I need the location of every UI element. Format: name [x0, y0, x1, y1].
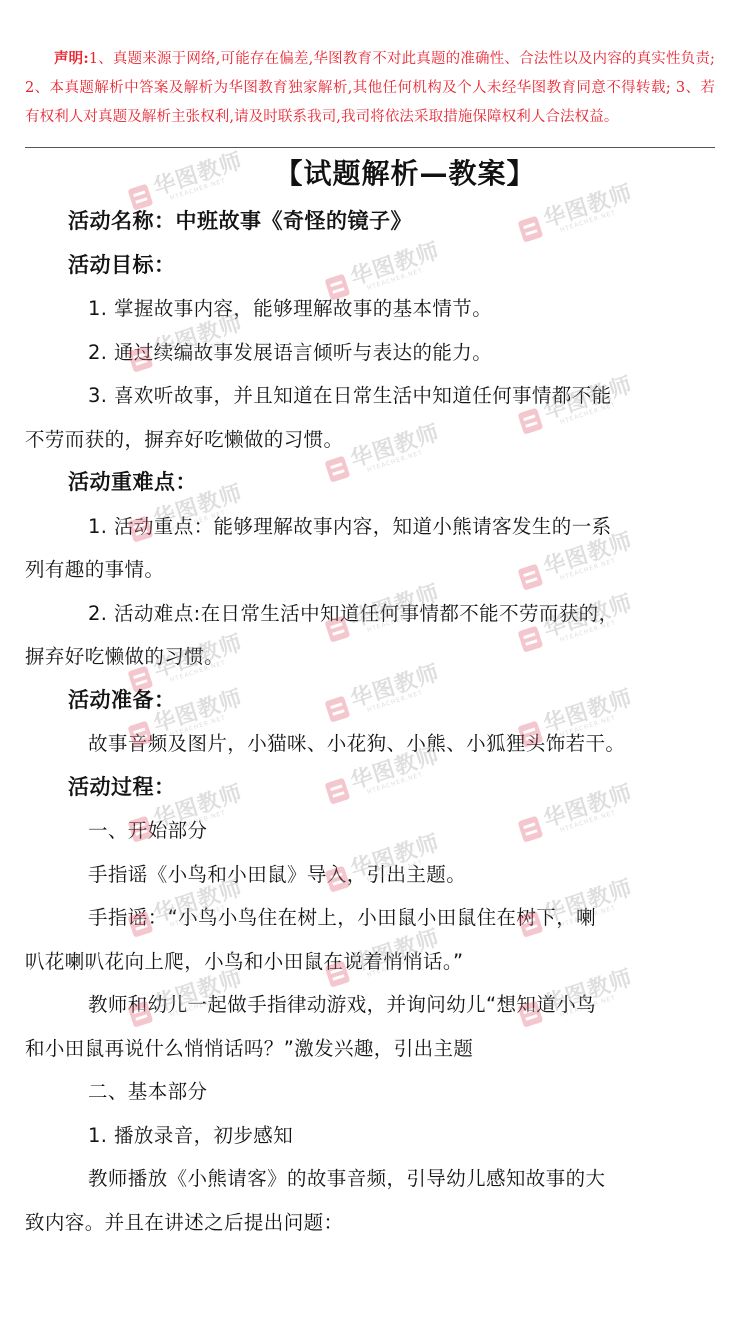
process-paragraph-cont: 和小田鼠再说什么悄悄话吗？”激发兴趣，引出主题 — [25, 1027, 715, 1071]
key-point-item-cont: 列有趣的事情。 — [25, 548, 715, 592]
disclaimer-notice: 声明:1、真题来源于网络,可能存在偏差,华图教育不对此真题的准确性、合法性以及内… — [25, 44, 715, 132]
process-paragraph-cont: 叭花喇叭花向上爬，小鸟和小田鼠在说着悄悄话。” — [25, 940, 715, 984]
subsection-heading: 1. 播放录音，初步感知 — [25, 1114, 715, 1158]
section-start-heading: 一、开始部分 — [25, 809, 715, 853]
key-points-heading: 活动重难点： — [25, 461, 715, 505]
goal-item-3-cont: 不劳而获的，摒弃好吃懒做的习惯。 — [25, 418, 715, 462]
goal-item-1: 1. 掌握故事内容，能够理解故事的基本情节。 — [25, 287, 715, 331]
difficulty-item-cont: 摒弃好吃懒做的习惯。 — [25, 635, 715, 679]
disclaimer-text: 1、真题来源于网络,可能存在偏差,华图教育不对此真题的准确性、合法性以及内容的真… — [25, 51, 715, 125]
difficulty-item: 2. 活动难点:在日常生活中知道任何事情都不能不劳而获的， — [25, 592, 715, 636]
activity-goals-heading: 活动目标： — [25, 244, 715, 288]
process-paragraph: 教师播放《小熊请客》的故事音频，引导幼儿感知故事的大 — [25, 1157, 715, 1201]
goal-item-2: 2. 通过续编故事发展语言倾听与表达的能力。 — [25, 331, 715, 375]
goal-item-3: 3. 喜欢听故事，并且知道在日常生活中知道任何事情都不能 — [25, 374, 715, 418]
disclaimer-lead: 声明: — [54, 50, 89, 67]
header-divider — [25, 147, 715, 148]
activity-name-heading: 活动名称：中班故事《奇怪的镜子》 — [25, 200, 715, 244]
process-paragraph-cont: 致内容。并且在讲述之后提出问题： — [25, 1201, 715, 1245]
process-paragraph: 教师和幼儿一起做手指律动游戏，并询问幼儿“想知道小鸟 — [25, 983, 715, 1027]
lesson-plan-body: 活动名称：中班故事《奇怪的镜子》 活动目标： 1. 掌握故事内容，能够理解故事的… — [25, 200, 715, 1244]
preparation-text: 故事音频及图片，小猫咪、小花狗、小熊、小狐狸头饰若干。 — [25, 722, 715, 766]
section-basic-heading: 二、基本部分 — [25, 1070, 715, 1114]
process-paragraph: 手指谣《小鸟和小田鼠》导入，引出主题。 — [25, 853, 715, 897]
document-page: 声明:1、真题来源于网络,可能存在偏差,华图教育不对此真题的准确性、合法性以及内… — [0, 0, 748, 1335]
document-title: 【试题解析—教案】 — [0, 152, 748, 196]
process-heading: 活动过程： — [25, 766, 715, 810]
preparation-heading: 活动准备： — [25, 679, 715, 723]
key-point-item: 1. 活动重点：能够理解故事内容，知道小熊请客发生的一系 — [25, 505, 715, 549]
process-paragraph: 手指谣：“小鸟小鸟住在树上，小田鼠小田鼠住在树下，喇 — [25, 896, 715, 940]
